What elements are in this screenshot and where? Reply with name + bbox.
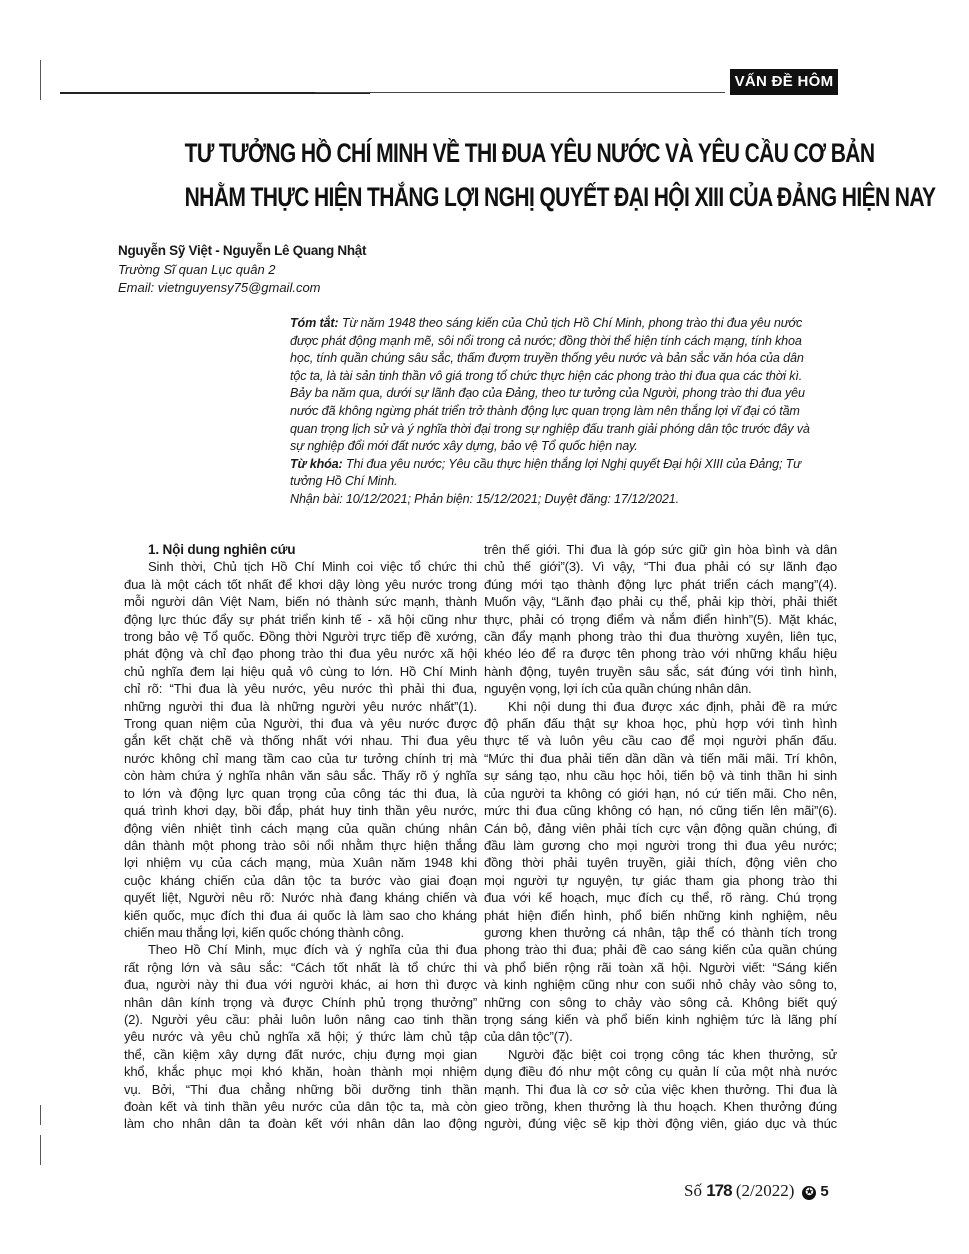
body-line: nguyện vọng, lợi ích của quần chúng nhân… — [484, 680, 837, 697]
issue-prefix: Số — [684, 1181, 706, 1200]
body-line: to lớn và động lực quan trọng của công t… — [124, 785, 477, 802]
body-line: quá trình khơi dạy, bồi đắp, phát huy ti… — [124, 802, 477, 819]
keywords-line: Từ khóa: Thi đua yêu nước; Yêu cầu thực … — [290, 456, 845, 474]
body-line: độ phấn đấu thật sự khoa học, phù hợp vớ… — [484, 715, 837, 732]
body-line: mạnh. Thi đua là cơ sở của việc khen thư… — [484, 1081, 837, 1098]
body-line: đoàn kết và tinh thần yêu nước của dân t… — [124, 1098, 477, 1115]
body-line: nhân dân kính trọng và được Chính phủ tr… — [124, 994, 477, 1011]
body-line: chỉ rõ: “Thi đua là yêu nước, yêu nước t… — [124, 680, 477, 697]
body-line: thể, cần kiệm xây dựng đất nước, chịu đự… — [124, 1046, 477, 1063]
abstract-label: Tóm tắt: — [290, 316, 338, 330]
body-line: mức thi đua cũng không có hạn, nó cũng t… — [484, 802, 837, 819]
body-line: đồng thời phải tuyên truyền, giải thích,… — [484, 854, 837, 871]
body-line: trên thế giới. Thi đua là góp sức giữ gì… — [484, 541, 837, 558]
body-line: gương khen thưởng cá nhân, tập thể có th… — [484, 924, 837, 941]
body-line: thực tế và luôn yêu cầu cao để mọi người… — [484, 732, 837, 749]
body-line: của dân tộc”(7). — [484, 1028, 837, 1045]
body-line: dụng điều đó như một công cụ quản lí của… — [484, 1063, 837, 1080]
issue-date: (2/2022) — [732, 1181, 795, 1200]
star-icon: ✪ — [802, 1186, 816, 1200]
body-line: Theo Hồ Chí Minh, mục đích và ý nghĩa củ… — [124, 941, 477, 958]
body-line: vụ. Bởi, “Thi đua chẳng những bồi dưỡng … — [124, 1081, 477, 1098]
header-rule — [315, 92, 725, 93]
issue-number: 178 — [706, 1181, 731, 1200]
right-column: trên thế giới. Thi đua là góp sức giữ gì… — [484, 541, 837, 1133]
body-line: những con sông to chảy vào sông cả. Khôn… — [484, 994, 837, 1011]
body-line: của người ta không có giới hạn, nó cứ ti… — [484, 785, 837, 802]
abstract-line: được phát động mạnh mẽ, sôi nổi trong cả… — [290, 333, 845, 351]
title-line: NHẰM THỰC HIỆN THẮNG LỢI NGHỊ QUYẾT ĐẠI … — [185, 175, 785, 219]
body-line: khổ, khắc phục mọi khó khăn, hoàn thành … — [124, 1063, 477, 1080]
keywords-line: tưởng Hồ Chí Minh. — [290, 473, 845, 491]
body-line: phát động và chỉ đạo phong trào thi đua … — [124, 645, 477, 662]
page-number: 5 — [820, 1183, 828, 1200]
body-line: những người thi đua là những người yêu n… — [124, 698, 477, 715]
body-line: kiến quốc, mục đích thi đua ái quốc là l… — [124, 907, 477, 924]
body-line: còn hàm chứa ý nghĩa nhân văn sâu sắc. T… — [124, 767, 477, 784]
body-line: phong trào thi đua; phải đề cao sáng kiế… — [484, 941, 837, 958]
body-line: mọi người tự nguyện, tự giác tham gia ph… — [484, 872, 837, 889]
body-line: đua là một cách tốt nhất để khơi dậy lòn… — [124, 576, 477, 593]
body-line: gắn kết chặt chẽ và thống nhất với nhau.… — [124, 732, 477, 749]
body-line: khéo léo để ra được tên phong trào với n… — [484, 645, 837, 662]
left-column: 1. Nội dung nghiên cứu Sinh thời, Chủ tị… — [124, 541, 477, 1133]
body-line: mỗi người dân Việt Nam, biến nó thành sứ… — [124, 593, 477, 610]
body-line: phát hiện điển hình, phổ biến những kinh… — [484, 907, 837, 924]
body-line: quyết liệt, Người nêu rõ: Nước nhà đang … — [124, 889, 477, 906]
affiliation: Trường Sĩ quan Lục quân 2 — [118, 262, 276, 277]
author-email: Email: vietnguyensy75@gmail.com — [118, 280, 321, 295]
body-line: Người đặc biệt coi trọng công tác khen t… — [484, 1046, 837, 1063]
section-heading: 1. Nội dung nghiên cứu — [124, 541, 477, 558]
body-line: rất rộng lớn và sâu sắc: “Cách tốt nhất … — [124, 959, 477, 976]
body-line: Trong quan niệm của Người, thi đua và yê… — [124, 715, 477, 732]
body-line: (2). Người yêu cầu: phải luôn luôn nâng … — [124, 1011, 477, 1028]
margin-mark — [40, 60, 41, 100]
body-line: đua, người này thi đua với người khác, a… — [124, 976, 477, 993]
section-tag: VẤN ĐỀ HÔM NAY — [730, 69, 838, 95]
margin-mark — [40, 1105, 41, 1125]
keywords-label: Từ khóa: — [290, 457, 343, 471]
abstract-line: tộc ta, là tài sản tinh thần vô giá tron… — [290, 368, 845, 386]
abstract-line: nước đã không ngừng phát triển trở thành… — [290, 403, 845, 421]
body-line: người, đúng việc sẽ kịp thời động viên, … — [484, 1115, 837, 1132]
body-line: trọng sáng kiến và phổ biến kinh nghiệm … — [484, 1011, 837, 1028]
body-line: làm cho nhân dân ta đoàn kết với nhân dâ… — [124, 1115, 477, 1132]
body-line: sự sáng tạo, nhu cầu học hỏi, tiến bộ và… — [484, 767, 837, 784]
body-line: đua với kế hoạch, mục đích cụ thể, rõ rà… — [484, 889, 837, 906]
abstract-line: quan trọng lịch sử và ý nghĩa thời đại t… — [290, 421, 845, 439]
body-line: chủ thế giới”(3). Vì vậy, “Thi đua phải … — [484, 558, 837, 575]
authors: Nguyễn Sỹ Việt - Nguyễn Lê Quang Nhật — [118, 243, 366, 258]
body-line: “Mức thi đua phải tiến dần dần và tiến m… — [484, 750, 837, 767]
body-line: gieo trồng, khen thưởng là thu hoạch. Kh… — [484, 1098, 837, 1115]
body-line: Muốn vậy, “Lãnh đạo phải cụ thể, phải kị… — [484, 593, 837, 610]
title-line: TƯ TƯỞNG HỒ CHÍ MINH VỀ THI ĐUA YÊU NƯỚC… — [185, 131, 785, 175]
margin-mark — [40, 1135, 41, 1165]
body-line: chiến mau thắng lợi, kiến quốc chóng thà… — [124, 924, 477, 941]
body-line: thực, phải có trọng điểm và nắm điển hìn… — [484, 611, 837, 628]
body-line: lợi nhiệm vụ của cách mạng, mùa Xuân năm… — [124, 854, 477, 871]
body-line: động viên nhiệt tình cách mạng của quần … — [124, 820, 477, 837]
body-line: yêu nước và yêu chủ nghĩa xã hội; ý thức… — [124, 1028, 477, 1045]
body-line: đầu làm gương cho mọi người trong thi đu… — [484, 837, 837, 854]
article-title: TƯ TƯỞNG HỒ CHÍ MINH VỀ THI ĐUA YÊU NƯỚC… — [185, 131, 785, 219]
abstract-line: học, tính quần chúng sâu sắc, thấm đượm … — [290, 350, 845, 368]
abstract-line: sự nghiệp đổi mới đất nước xây dựng, bảo… — [290, 438, 845, 456]
page-footer: Số 178 (2/2022)✪5 — [684, 1181, 829, 1201]
body-line: và phổ biến rộng rãi toàn xã hội. Người … — [484, 959, 837, 976]
body-line: nước không chỉ mang tầm cao của tư tưởng… — [124, 750, 477, 767]
abstract: Tóm tắt: Từ năm 1948 theo sáng kiến của … — [290, 315, 845, 509]
body-line: và kinh nghiệm cũng như con suối nhỏ chả… — [484, 976, 837, 993]
body-line: động lực thúc đẩy sự phát triển kinh tế … — [124, 611, 477, 628]
abstract-line: Tóm tắt: Từ năm 1948 theo sáng kiến của … — [290, 315, 845, 333]
abstract-line: Bảy ba năm qua, dưới sự lãnh đạo của Đản… — [290, 385, 845, 403]
body-line: hành động, tuyên truyền sâu sắc, sát đún… — [484, 663, 837, 680]
body-line: Cán bộ, đảng viên phải tích cực vận động… — [484, 820, 837, 837]
body-line: trong bảo vệ Tổ quốc. Đồng thời Người tr… — [124, 628, 477, 645]
body-line: cuộc kháng chiến của dân tộc ta bước vào… — [124, 872, 477, 889]
body-line: đúng mới tạo thành động lực phát triển c… — [484, 576, 837, 593]
body-line: Sinh thời, Chủ tịch Hồ Chí Minh coi việc… — [124, 558, 477, 575]
body-line: chủ nghĩa đem lại hiệu quả vô cùng to lớ… — [124, 663, 477, 680]
body-line: cần đẩy mạnh phong trào thi đua thường x… — [484, 628, 837, 645]
body-line: Khi nội dung thi đua được xác định, phải… — [484, 698, 837, 715]
body-line: dân thành một phong trào sôi nổi nhằm th… — [124, 837, 477, 854]
article-dates: Nhận bài: 10/12/2021; Phản biện: 15/12/2… — [290, 491, 845, 509]
